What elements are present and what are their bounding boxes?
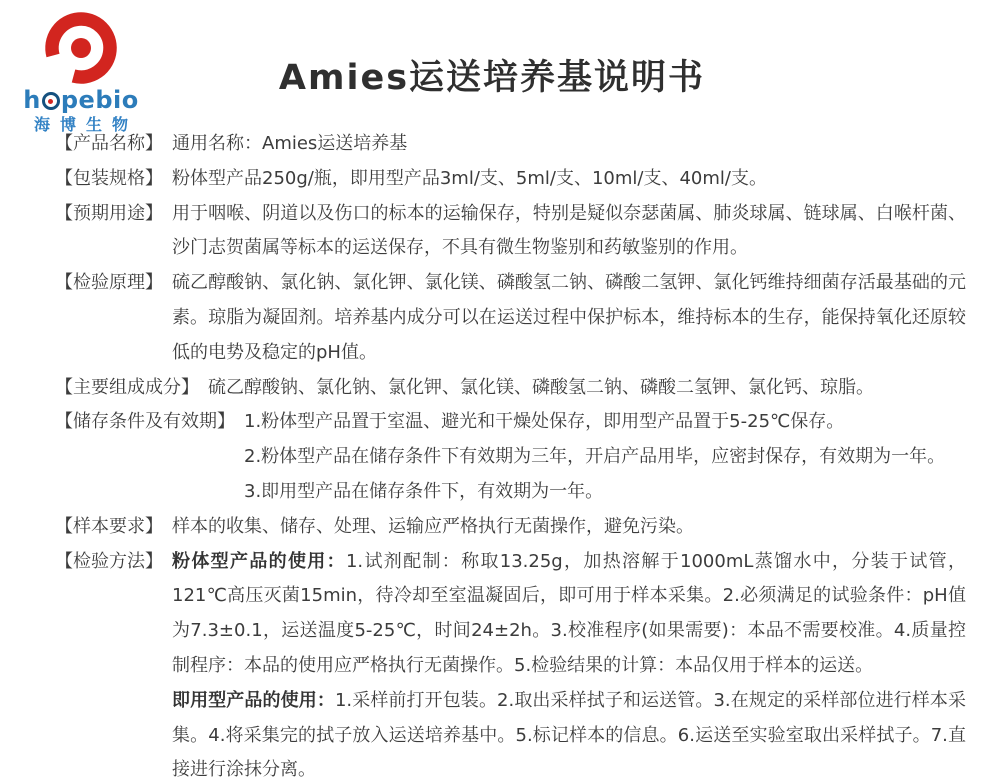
section-packaging-spec: 【包装规格】 粉体型产品250g/瓶，即用型产品3ml/支、5ml/支、10ml…	[55, 162, 966, 197]
section-content: 用于咽喉、阴道以及伤口的标本的运输保存，特别是疑似奈瑟菌属、肺炎球属、链球属、白…	[172, 197, 966, 267]
section-text: 用于咽喉、阴道以及伤口的标本的运输保存，特别是疑似奈瑟菌属、肺炎球属、链球属、白…	[172, 197, 966, 267]
page-title: Amies运送培养基说明书	[0, 50, 984, 100]
section-text: 通用名称：Amies运送培养基	[172, 127, 966, 162]
section-test-method: 【检验方法】 粉体型产品的使用：1.试剂配制：称取13.25g，加热溶解于100…	[55, 545, 966, 781]
section-label: 【样本要求】	[55, 510, 163, 545]
section-label: 【检验方法】	[55, 545, 163, 580]
section-label: 【主要组成成分】	[55, 371, 199, 406]
section-intended-use: 【预期用途】 用于咽喉、阴道以及伤口的标本的运输保存，特别是疑似奈瑟菌属、肺炎球…	[55, 197, 966, 267]
section-product-name: 【产品名称】 通用名称：Amies运送培养基	[55, 127, 966, 162]
section-text: 粉体型产品的使用：1.试剂配制：称取13.25g，加热溶解于1000mL蒸馏水中…	[172, 545, 966, 684]
section-content: 通用名称：Amies运送培养基	[172, 127, 966, 162]
section-text: 样本的收集、储存、处理、运输应严格执行无菌操作，避免污染。	[172, 510, 966, 545]
section-content: 1.粉体型产品置于室温、避光和干燥处保存，即用型产品置于5-25℃保存。 2.粉…	[244, 405, 966, 509]
section-text: 硫乙醇酸钠、氯化钠、氯化钾、氯化镁、磷酸氢二钠、磷酸二氢钾、氯化钙维持细菌存活最…	[172, 266, 966, 370]
section-text: 3.即用型产品在储存条件下，有效期为一年。	[244, 475, 966, 510]
section-storage-validity: 【储存条件及有效期】 1.粉体型产品置于室温、避光和干燥处保存，即用型产品置于5…	[55, 405, 966, 509]
section-content: 粉体型产品的使用：1.试剂配制：称取13.25g，加热溶解于1000mL蒸馏水中…	[172, 545, 966, 781]
section-text: 硫乙醇酸钠、氯化钠、氯化钾、氯化镁、磷酸氢二钠、磷酸二氢钾、氯化钙、琼脂。	[208, 371, 966, 406]
section-content: 粉体型产品250g/瓶，即用型产品3ml/支、5ml/支、10ml/支、40ml…	[172, 162, 966, 197]
document-body: 【产品名称】 通用名称：Amies运送培养基 【包装规格】 粉体型产品250g/…	[55, 127, 966, 781]
section-sample-requirements: 【样本要求】 样本的收集、储存、处理、运输应严格执行无菌操作，避免污染。	[55, 510, 966, 545]
powder-product-usage-heading: 粉体型产品的使用：	[172, 551, 346, 572]
section-content: 硫乙醇酸钠、氯化钠、氯化钾、氯化镁、磷酸氢二钠、磷酸二氢钾、氯化钙维持细菌存活最…	[172, 266, 966, 370]
section-label: 【储存条件及有效期】	[55, 405, 235, 440]
section-main-components: 【主要组成成分】 硫乙醇酸钠、氯化钠、氯化钾、氯化镁、磷酸氢二钠、磷酸二氢钾、氯…	[55, 371, 966, 406]
section-label: 【产品名称】	[55, 127, 163, 162]
section-label: 【包装规格】	[55, 162, 163, 197]
section-label: 【检验原理】	[55, 266, 163, 301]
section-text: 1.粉体型产品置于室温、避光和干燥处保存，即用型产品置于5-25℃保存。	[244, 405, 966, 440]
section-label: 【预期用途】	[55, 197, 163, 232]
section-text: 即用型产品的使用：1.采样前打开包装。2.取出采样拭子和运送管。3.在规定的采样…	[172, 684, 966, 781]
section-content: 硫乙醇酸钠、氯化钠、氯化钾、氯化镁、磷酸氢二钠、磷酸二氢钾、氯化钙、琼脂。	[208, 371, 966, 406]
section-test-principle: 【检验原理】 硫乙醇酸钠、氯化钠、氯化钾、氯化镁、磷酸氢二钠、磷酸二氢钾、氯化钙…	[55, 266, 966, 370]
ready-to-use-product-usage-heading: 即用型产品的使用：	[172, 690, 335, 711]
section-text: 2.粉体型产品在储存条件下有效期为三年，开启产品用毕，应密封保存，有效期为一年。	[244, 440, 966, 475]
section-content: 样本的收集、储存、处理、运输应严格执行无菌操作，避免污染。	[172, 510, 966, 545]
section-text: 粉体型产品250g/瓶，即用型产品3ml/支、5ml/支、10ml/支、40ml…	[172, 162, 966, 197]
